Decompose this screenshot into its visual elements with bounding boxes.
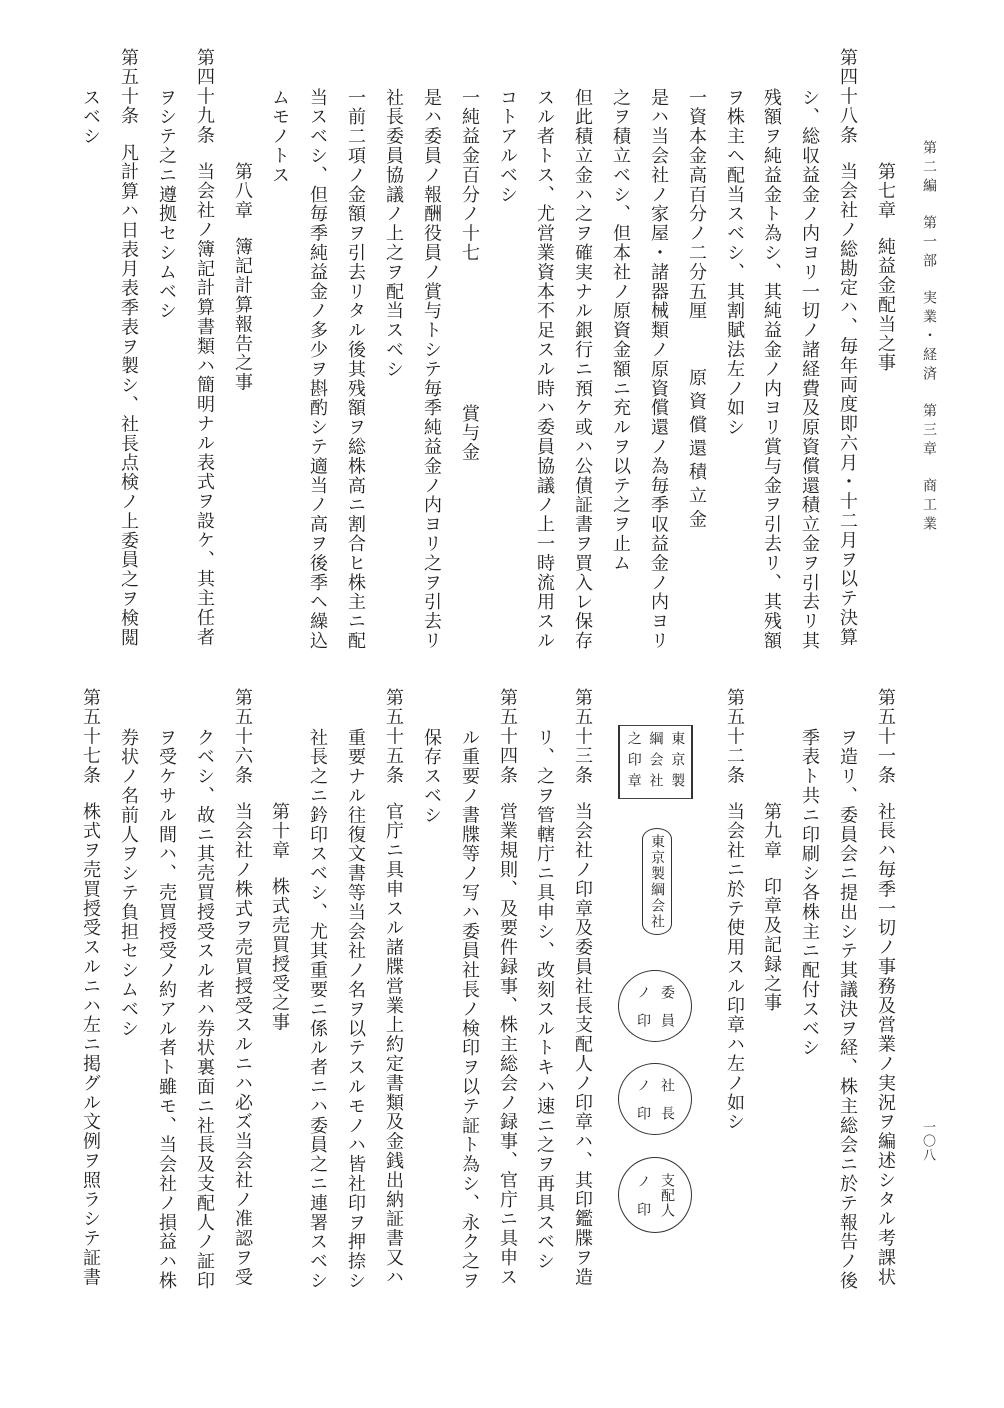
article-label: 第五十条 xyxy=(118,48,139,126)
running-head: 第二編第一部実業・経済第三章商工業 xyxy=(918,140,940,535)
article-line: ヲ造リ、委員会ニ提出シテ其議決ヲ経、株主総会ニ於テ報告ノ後 xyxy=(836,728,858,1291)
committee-seal-stamp: 委員 ノ印 xyxy=(618,970,692,1042)
article-line: 第五十四条営業規則、及要件録事、株主総会ノ録事、官庁ニ具申ス xyxy=(496,688,518,1287)
article-label: 第五十七条 xyxy=(80,688,101,785)
running-head-part: 商工業 xyxy=(921,478,937,535)
article-text: 当会社ノ印章及委員社長支配人ノ印章ハ、其印鑑牒ヲ造 xyxy=(572,802,593,1287)
article-line: ヲシテ之ニ遵拠セシムベシ xyxy=(155,88,177,321)
chapter-title: 株式売買授受之事 xyxy=(269,877,290,1032)
article-label: 第五十二条 xyxy=(724,688,745,785)
running-head-part: 第一部 xyxy=(921,215,937,272)
article-text: 社長ハ毎季一切ノ事務及営業ノ実況ヲ編述シタル考課状 xyxy=(875,802,896,1287)
document-page: 第二編第一部実業・経済第三章商工業 一〇八 第七章純益金配当之事 第四十八条当会… xyxy=(0,0,1004,1408)
article-line: 第五十五条官庁ニ具申スル諸牒営業上約定書類及金銭出納証書又ハ xyxy=(382,688,404,1287)
seal-text-left: ノ印 xyxy=(635,1078,651,1134)
article-label: 第五十三条 xyxy=(572,688,593,785)
item-line: 是ハ委員ノ報酬役員ノ賞与トシテ毎季純益金ノ内ヨリ之ヲ引去リ xyxy=(420,88,442,651)
item-line: 是ハ当会社ノ家屋・諸器械類ノ原資償還ノ為毎季収益金ノ内ヨリ xyxy=(647,88,669,651)
article-line: シ、総収益金ノ内ヨリ一切ノ諸経費及原資償還積立金ヲ引去リ其 xyxy=(798,88,820,651)
article-line: 第五十七条株式ヲ売買授受スルニハ左ニ掲グル文例ヲ照ラシテ証書 xyxy=(79,688,101,1287)
seal-text-right: 社長 xyxy=(659,1078,675,1134)
article-line: 第五十二条当会社ニ於テ使用スル印章ハ左ノ如シ xyxy=(723,688,745,1132)
article-label: 第五十四条 xyxy=(497,688,518,785)
article-line: リ、之ヲ管轄庁ニ具申シ、改刻スルトキハ速ニ之ヲ再具スベシ xyxy=(533,728,555,1271)
article-label: 第四十八条 xyxy=(837,48,858,145)
chapter-label: 第八章 xyxy=(232,162,253,220)
article-line: ヲ受ケサル間ハ、売買授受ノ約アル者ト雖モ、当会社ノ損益ハ株 xyxy=(155,728,177,1291)
article-text: 株式ヲ売買授受スルニハ左ニ掲グル文例ヲ照ラシテ証書 xyxy=(80,802,101,1287)
article-line: スベシ xyxy=(79,88,101,146)
article-line: 重要ナル往復文書等当会社ノ名ヲ以テスルモノハ皆社印ヲ押捺シ xyxy=(344,728,366,1291)
seal-column: 綱会社 xyxy=(648,731,664,794)
article-line: 残額ヲ純益金ト為シ、其純益金ノ内ヨリ賞与金ヲ引去リ、其残額 xyxy=(760,88,782,651)
chapter-heading: 第八章簿記計算報告之事 xyxy=(231,162,253,392)
article-label: 第五十一条 xyxy=(875,688,896,785)
seal-text-left: ノ印 xyxy=(635,985,651,1041)
chapter-title: 純益金配当之事 xyxy=(875,237,896,373)
article-line: 保存スベシ xyxy=(420,728,442,825)
chapter-label: 第七章 xyxy=(875,162,896,220)
item-caption: 賞与金 xyxy=(458,404,480,462)
item-line: 一前二項ノ金額ヲ引去リタル後其残額ヲ総株高ニ割合ヒ株主ニ配 xyxy=(344,88,366,651)
item-line: 当スベシ、但毎季純益金ノ多少ヲ斟酌シテ適当ノ高ヲ後季ヘ繰込 xyxy=(306,88,328,651)
seal-column: 之印章 xyxy=(626,731,642,794)
article-line: 第五十一条社長ハ毎季一切ノ事務及営業ノ実況ヲ編述シタル考課状 xyxy=(874,688,896,1287)
article-text: 当会社ノ簿記計算書類ハ簡明ナル表式ヲ設ケ、其主任者 xyxy=(194,162,215,647)
seal-column: 東京製 xyxy=(669,731,685,794)
seal-text-left: ノ印 xyxy=(635,1174,651,1230)
item-line: 但此積立金ハ之ヲ確実ナル銀行ニ預ケ或ハ公債証書ヲ買入レ保存 xyxy=(571,88,593,651)
running-head-part: 実業・経済 xyxy=(921,290,937,385)
chapter-title: 印章及記録之事 xyxy=(761,877,782,1013)
page-number: 一〇八 xyxy=(916,1120,938,1162)
article-text: 凡計算ハ日表月表季表ヲ製シ、社長点検ノ上委員之ヲ検閲 xyxy=(118,143,139,647)
running-head-part: 第二編 xyxy=(921,140,937,197)
seal-text: 東京製綱会社 xyxy=(649,834,665,930)
article-line: 第四十九条当会社ノ簿記計算書類ハ簡明ナル表式ヲ設ケ、其主任者 xyxy=(193,48,215,647)
article-label: 第四十九条 xyxy=(194,48,215,145)
article-text: 当会社ニ於テ使用スル印章ハ左ノ如シ xyxy=(724,802,745,1132)
article-line: ヲ株主ヘ配当スベシ、其割賦法左ノ如シ xyxy=(723,88,745,437)
article-label: 第五十五条 xyxy=(383,688,404,785)
article-text: 営業規則、及要件録事、株主総会ノ録事、官庁ニ具申ス xyxy=(497,802,518,1287)
chapter-heading: 第十章株式売買授受之事 xyxy=(268,802,290,1032)
company-name-stamp: 東京製綱会社 xyxy=(642,828,672,935)
item-line: ムモノトス xyxy=(268,88,290,185)
chapter-heading: 第九章印章及記録之事 xyxy=(760,802,782,1013)
article-text: 当会社ノ総勘定ハ、毎年両度即六月・十二月ヲ以テ決算 xyxy=(837,162,858,647)
chapter-label: 第十章 xyxy=(269,802,290,860)
seal-text-right: 支配人 xyxy=(659,1173,675,1218)
article-line: 第五十六条当会社ノ株式ヲ売買授受スルニハ必ズ当会社ノ准認ヲ受 xyxy=(231,688,253,1287)
article-line: ル重要ノ書牒等ノ写ハ委員社長ノ検印ヲ以テ証ト為シ、永ク之ヲ xyxy=(458,728,480,1291)
president-seal-stamp: 社長 ノ印 xyxy=(618,1063,692,1135)
chapter-label: 第九章 xyxy=(761,802,782,860)
item-line: 社長委員協議ノ上之ヲ配当スベシ xyxy=(382,88,404,379)
item-line: コトアルベシ xyxy=(496,88,518,204)
item-heading: 一純益金百分ノ十七 xyxy=(458,88,480,263)
article-text: 当会社ノ株式ヲ売買授受スルニハ必ズ当会社ノ准認ヲ受 xyxy=(232,802,253,1287)
item-heading: 一資本金高百分ノ二分五厘 xyxy=(685,88,707,321)
seal-text-right: 委員 xyxy=(659,985,675,1041)
article-line: 第五十三条当会社ノ印章及委員社長支配人ノ印章ハ、其印鑑牒ヲ造 xyxy=(571,688,593,1287)
running-head-part: 第三章 xyxy=(921,403,937,460)
item-line: スル者トス、尤営業資本不足スル時ハ委員協議ノ上一時流用スル xyxy=(533,88,555,651)
article-label: 第五十六条 xyxy=(232,688,253,785)
article-line: クベシ、故ニ其売買授受スル者ハ券状裏面ニ社長及支配人ノ証印 xyxy=(193,728,215,1291)
article-text: 官庁ニ具申スル諸牒営業上約定書類及金銭出納証書又ハ xyxy=(383,802,404,1287)
article-line: 季表ト共ニ印刷シ各株主ニ配付スベシ xyxy=(798,728,820,1058)
chapter-heading: 第七章純益金配当之事 xyxy=(874,162,896,373)
article-line: 第四十八条当会社ノ総勘定ハ、毎年両度即六月・十二月ヲ以テ決算 xyxy=(836,48,858,647)
article-line: 第五十条凡計算ハ日表月表季表ヲ製シ、社長点検ノ上委員之ヲ検閲 xyxy=(117,48,139,647)
article-line: 券状ノ名前人ヲシテ負担セシムベシ xyxy=(117,728,139,1038)
item-caption: 原資償還積立金 xyxy=(685,368,707,533)
item-line: 之ヲ積立ベシ、但本社ノ原資金額ニ充ルヲ以テ之ヲ止ム xyxy=(609,88,631,573)
company-seal-stamp: 東京製 綱会社 之印章 xyxy=(618,725,693,799)
article-line: 社長之ニ鈐印スベシ、尤其重要ニ係ル者ニハ委員之ニ連署スベシ xyxy=(306,728,328,1291)
chapter-title: 簿記計算報告之事 xyxy=(232,237,253,392)
manager-seal-stamp: 支配人 ノ印 xyxy=(618,1157,692,1233)
